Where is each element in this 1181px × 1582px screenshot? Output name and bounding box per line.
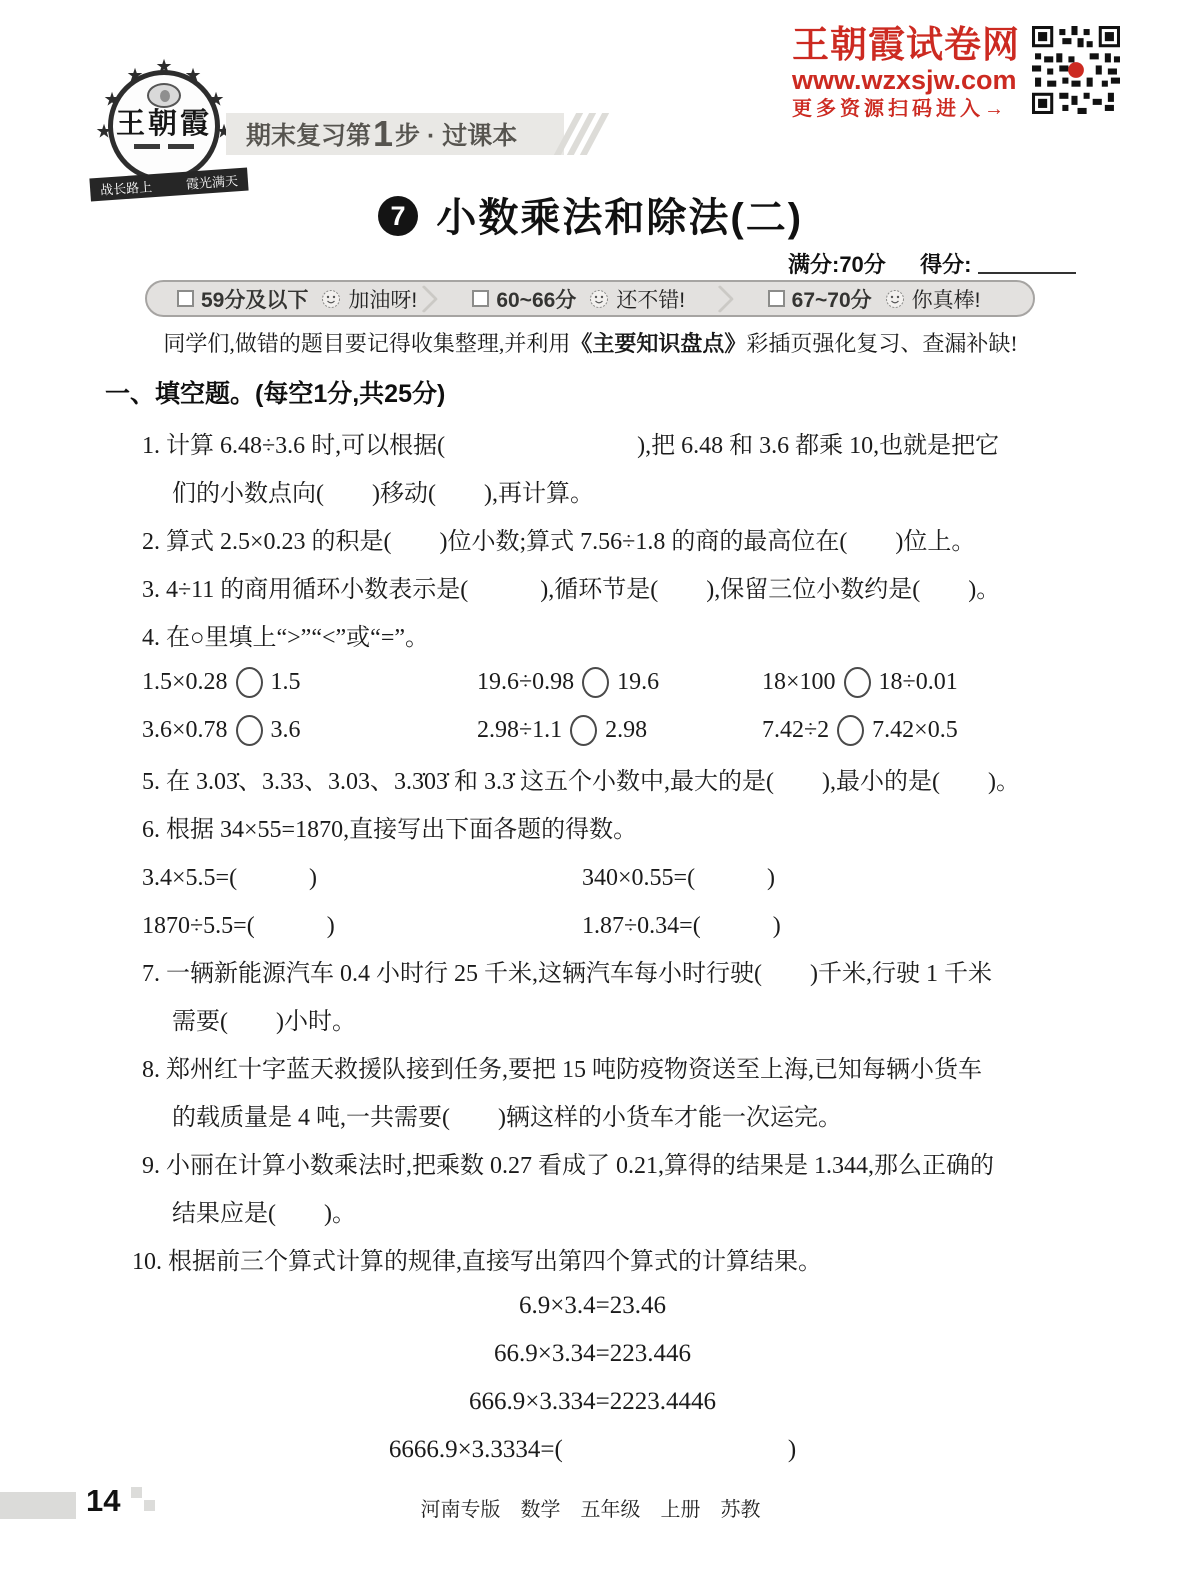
compare-right: 7.42×0.5	[872, 717, 958, 744]
q6-item: 1870÷5.5=( )	[142, 905, 582, 940]
notice-post: 彩插页强化复习、查漏补缺!	[746, 331, 1017, 356]
score-remark: 加油呀!	[348, 284, 417, 314]
comparison-circle	[582, 667, 609, 698]
footer-edition-text: 河南专版 数学 五年级 上册 苏教	[0, 1493, 1181, 1522]
step-band: 期末复习第 1 步 · 过课本	[226, 113, 564, 155]
compare-left: 19.6÷0.98	[477, 669, 574, 696]
score-range-band: 59分及以下 加油呀! 60~66分 还不错! 67~70分 你真棒!	[145, 280, 1035, 317]
worksheet-page: 王朝霞试卷网 www.wzxsjw.com 更多资源扫码进入→	[0, 0, 1181, 1582]
question-8-line-1: 8. 郑州红十字蓝天救援队接到任务,要把 15 吨防疫物资送至上海,已知每辆小货…	[105, 1042, 1080, 1090]
compare-left: 1.5×0.28	[142, 669, 228, 696]
step-suffix: 步 · 过课本	[395, 116, 517, 152]
logo-name: 王朝霞	[116, 109, 212, 141]
step-number: 1	[373, 116, 393, 152]
smiley-icon	[589, 289, 609, 309]
notice-line: 同学们,做错的题目要记得收集整理,并利用《主要知识盘点》彩插页强化复习、查漏补缺…	[0, 327, 1181, 358]
compare-right: 18÷0.01	[879, 669, 958, 696]
logo-subtext	[134, 144, 194, 149]
score-label: 得分:	[920, 252, 971, 277]
smiley-icon	[321, 289, 341, 309]
site-banner: 王朝霞试卷网 www.wzxsjw.com 更多资源扫码进入→	[792, 26, 1120, 122]
compare-right: 1.5	[271, 669, 301, 696]
section-heading: 一、填空题。(每空1分,共25分)	[105, 376, 1080, 418]
score-band-mid: 60~66分 还不错!	[442, 282, 737, 315]
comparison-circle	[570, 715, 597, 746]
question-3: 3. 4÷11 的商用循环小数表示是( ),循环节是( ),保留三位小数约是( …	[105, 562, 1080, 610]
score-range-label: 67~70分	[792, 284, 872, 314]
score-range-label: 59分及以下	[201, 284, 308, 314]
compare-right: 19.6	[617, 669, 659, 696]
question-6-row-1: 3.4×5.5=( ) 340×0.55=( )	[105, 850, 1080, 898]
question-area: 一、填空题。(每空1分,共25分) 1. 计算 6.48÷3.6 时,可以根据(…	[105, 376, 1080, 1474]
score-remark: 还不错!	[616, 284, 685, 314]
brand-logo: ★ ★ ★ ★ ★ ★ ★ 王朝霞 战长路上 霞光满天	[102, 60, 238, 192]
logo-circle: 王朝霞	[108, 70, 220, 182]
full-score-label: 满分:70分	[788, 252, 886, 277]
comparison-circle	[236, 667, 263, 698]
score-range-label: 60~66分	[496, 284, 576, 314]
question-9-line-1: 9. 小丽在计算小数乘法时,把乘数 0.27 看成了 0.21,算得的结果是 1…	[105, 1138, 1080, 1186]
question-4-head: 4. 在○里填上“>”“<”或“=”。	[105, 610, 1080, 658]
score-line: 满分:70分 得分:	[788, 248, 1076, 279]
comparison-circle	[236, 715, 263, 746]
q6-item: 340×0.55=( )	[582, 857, 775, 892]
qr-code-icon	[1032, 26, 1120, 122]
score-remark: 你真棒!	[912, 284, 981, 314]
score-band-low: 59分及以下 加油呀!	[147, 282, 442, 315]
compare-left: 18×100	[762, 669, 836, 696]
question-5: 5. 在 3.03̇、3.33、3.03、3.3̇03̇ 和 3.3̇ 这五个小…	[105, 754, 1080, 802]
step-prefix: 期末复习第	[246, 116, 371, 152]
smiley-icon	[885, 289, 905, 309]
q6-item: 1.87÷0.34=( )	[582, 905, 781, 940]
question-6-row-2: 1870÷5.5=( ) 1.87÷0.34=( )	[105, 898, 1080, 946]
score-band-high: 67~70分 你真棒!	[738, 282, 1033, 315]
score-blank-line	[978, 254, 1076, 274]
question-8-line-2: 的载质量是 4 吨,一共需要( )辆这样的小货车才能一次运完。	[105, 1090, 1080, 1138]
question-9-line-2: 结果应是( )。	[105, 1186, 1080, 1234]
notice-pre: 同学们,做错的题目要记得收集整理,并利用	[163, 331, 570, 356]
site-url: www.wzxsjw.com	[792, 65, 1020, 96]
site-name: 王朝霞试卷网	[792, 26, 1020, 65]
score-checkbox[interactable]	[177, 290, 194, 307]
compare-right: 3.6	[271, 717, 301, 744]
compare-left: 2.98÷1.1	[477, 717, 562, 744]
question-4-row-1: 1.5×0.281.5 19.6÷0.9819.6 18×10018÷0.01	[105, 658, 1080, 706]
compare-left: 7.42÷2	[762, 717, 829, 744]
q10-formula-4: 6666.9×3.3334=( )	[105, 1426, 1080, 1474]
site-tagline: 更多资源扫码进入→	[792, 96, 1020, 122]
comparison-circle	[837, 715, 864, 746]
step-band-stripes	[565, 113, 598, 155]
compare-right: 2.98	[605, 717, 647, 744]
compare-left: 3.6×0.78	[142, 717, 228, 744]
question-6-head: 6. 根据 34×55=1870,直接写出下面各题的得数。	[105, 802, 1080, 850]
question-10-head: 10. 根据前三个算式计算的规律,直接写出第四个算式的计算结果。	[105, 1234, 1080, 1282]
portrait-icon	[147, 83, 181, 108]
q6-item: 3.4×5.5=( )	[142, 857, 582, 892]
question-7-line-1: 7. 一辆新能源汽车 0.4 小时行 25 千米,这辆汽车每小时行驶( )千米,…	[105, 946, 1080, 994]
question-2: 2. 算式 2.5×0.23 的积是( )位小数;算式 7.56÷1.8 的商的…	[105, 514, 1080, 562]
question-1-line-2: 们的小数点向( )移动( ),再计算。	[105, 466, 1080, 514]
score-checkbox[interactable]	[768, 290, 785, 307]
title-number-badge: 7	[378, 196, 418, 236]
question-1-line-1: 1. 计算 6.48÷3.6 时,可以根据( ),把 6.48 和 3.6 都乘…	[105, 418, 1080, 466]
score-checkbox[interactable]	[472, 290, 489, 307]
q10-formula-1: 6.9×3.4=23.46	[105, 1282, 1080, 1330]
q10-formula-2: 66.9×3.34=223.446	[105, 1330, 1080, 1378]
title-text: 小数乘法和除法(二)	[436, 196, 803, 240]
question-4-row-2: 3.6×0.783.6 2.98÷1.12.98 7.42÷27.42×0.5	[105, 706, 1080, 754]
q10-formula-3: 666.9×3.334=2223.4446	[105, 1378, 1080, 1426]
paper-title: 7 小数乘法和除法(二)	[0, 186, 1181, 243]
question-7-line-2: 需要( )小时。	[105, 994, 1080, 1042]
notice-book-title: 《主要知识盘点》	[570, 331, 746, 356]
comparison-circle	[844, 667, 871, 698]
